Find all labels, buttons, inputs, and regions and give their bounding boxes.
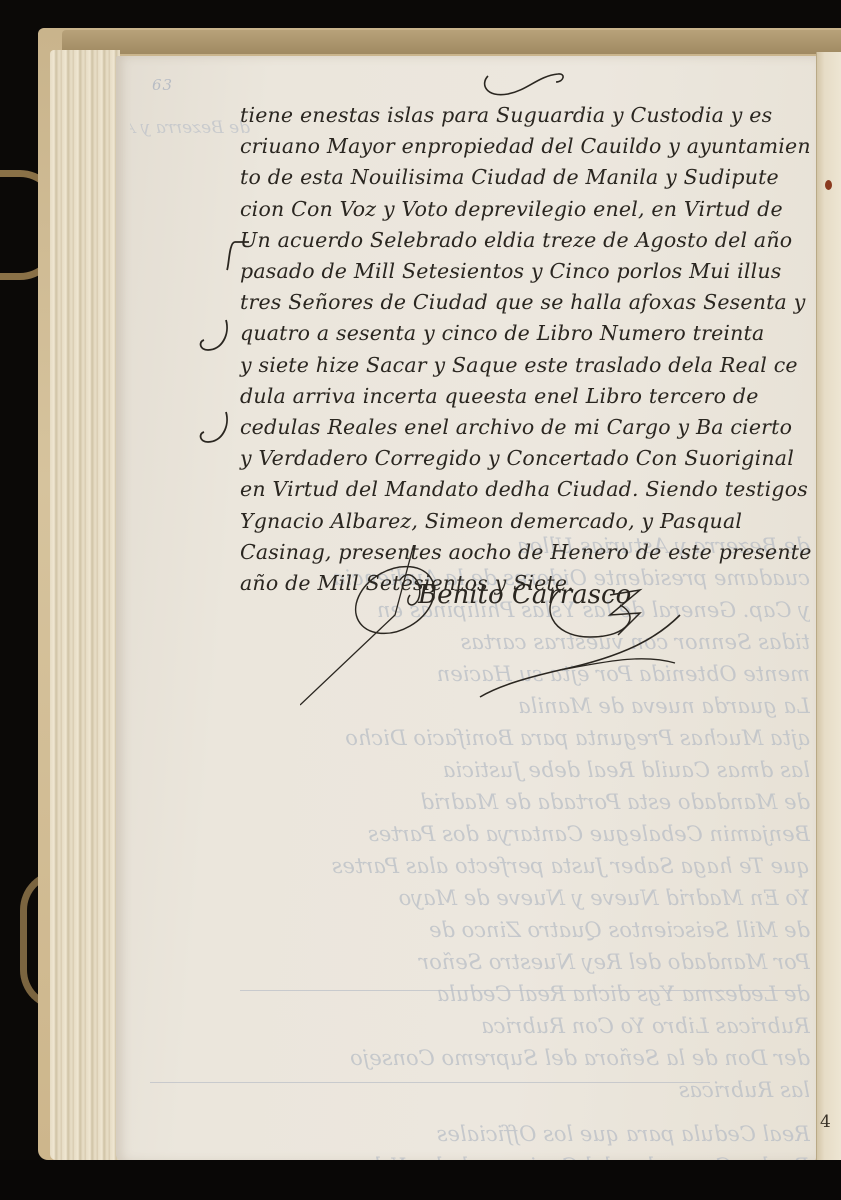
cover-top-edge bbox=[62, 30, 841, 54]
text-line: tiene enestas islas para Suguardia y Cus… bbox=[240, 100, 820, 131]
text-line: to de esta Nouilisima Ciudad de Manila y… bbox=[240, 162, 820, 193]
bleed-footer-line: Real Cedula para que los Officiales bbox=[140, 1118, 810, 1150]
text-line: y siete hize Sacar y Saque este traslado… bbox=[240, 350, 820, 381]
signature-benito-carrasco: Benito Carrasco bbox=[300, 545, 700, 715]
text-line: en Virtud del Mandato dedha Ciudad. Sien… bbox=[240, 474, 820, 505]
bleed-line: der Don de la Señora del Supremo Consejo bbox=[140, 1042, 810, 1074]
text-line: y Verdadero Corregido y Concertado Con S… bbox=[240, 443, 820, 474]
bleed-line: las dmas Cauild Real debe Justicia bbox=[140, 754, 810, 786]
svg-text:Benito Carrasco: Benito Carrasco bbox=[417, 580, 631, 610]
header-flourish-icon bbox=[478, 66, 568, 102]
text-line: Un acuerdo Selebrado eldia treze de Agos… bbox=[240, 225, 820, 256]
bleed-line: de Mandado esta Portada de Madrid bbox=[140, 786, 810, 818]
bleed-line: ajta Muchas Pregunta para Bonifacio Dich… bbox=[140, 722, 810, 754]
text-line: tres Señores de Ciudad que se halla afox… bbox=[240, 287, 820, 318]
manuscript-text: tiene enestas islas para Suguardia y Cus… bbox=[240, 100, 820, 599]
text-line: criuano Mayor enpropiedad del Cauildo y … bbox=[240, 131, 820, 162]
text-line: dula arriva incerta queesta enel Libro t… bbox=[240, 381, 820, 412]
wax-stain bbox=[825, 180, 832, 190]
manuscript-photo: 63 de Bezerra y Asturias Ulloa de Bezerr… bbox=[0, 0, 841, 1200]
text-line: pasado de Mill Setesientos y Cinco porlo… bbox=[240, 256, 820, 287]
margin-flourish-icon bbox=[196, 316, 236, 356]
bleed-line: Por Mandado del Rey Nuestro Señor bbox=[140, 946, 810, 978]
bleed-line: de Ledezma Ygs dicha Real Cedula bbox=[140, 978, 810, 1010]
bleed-through-margin: de Bezerra y Asturias Ulloa bbox=[130, 110, 250, 146]
margin-flourish-icon bbox=[196, 408, 236, 448]
bleed-line: de Mill Seiscientos Quatro Zinco de bbox=[140, 914, 810, 946]
bleed-line: que Te haga Saber Justa perfecto alas Pa… bbox=[140, 850, 810, 882]
faint-rule-line bbox=[240, 990, 800, 991]
faint-folio-number: 63 bbox=[152, 76, 173, 94]
margin-flourish-icon bbox=[225, 236, 255, 276]
text-line: cedulas Reales enel archivo de mi Cargo … bbox=[240, 412, 820, 443]
bleed-line: Yo En Madrid Nueve y Nueve de Mayo bbox=[140, 882, 810, 914]
folio-number: 4 bbox=[820, 1112, 831, 1132]
faint-rule-line bbox=[150, 1082, 710, 1083]
bleed-line: las Rubricas bbox=[140, 1074, 810, 1106]
text-line: quatro a sesenta y cinco de Libro Numero… bbox=[240, 318, 820, 349]
bleed-line: Benjamin Cebalegue Cantarya dos Partes bbox=[140, 818, 810, 850]
background-dark bbox=[0, 1160, 841, 1200]
page-edges-stack bbox=[50, 50, 120, 1160]
text-line: cion Con Voz y Voto deprevilegio enel, e… bbox=[240, 194, 820, 225]
text-line: Ygnacio Albarez, Simeon demercado, y Pas… bbox=[240, 506, 820, 537]
bleed-line: Rubricas Libro Yo Con Rubrica bbox=[140, 1010, 810, 1042]
